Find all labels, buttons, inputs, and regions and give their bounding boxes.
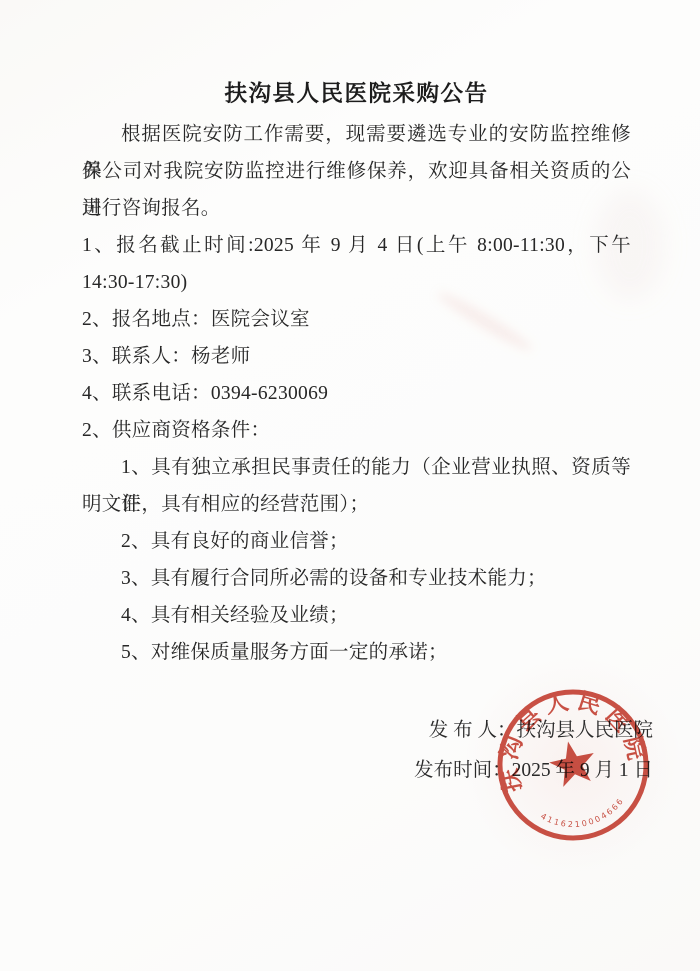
scanned-page: 扶沟县人民医院采购公告 根据医院安防工作需要，现需要遴选专业的安防监控维修保 养… (0, 0, 700, 971)
announcement-body: 扶沟县人民医院采购公告 根据医院安防工作需要，现需要遴选专业的安防监控维修保 养… (82, 72, 631, 671)
doc-line: 养公司对我院安防监控进行维修保养，欢迎具备相关资质的公司 (82, 153, 631, 190)
page-title: 扶沟县人民医院采购公告 (82, 72, 631, 116)
star-icon (546, 737, 600, 789)
doc-line: 2、具有良好的商业信誉； (82, 523, 631, 560)
doc-line: 2、供应商资格条件： (82, 412, 631, 449)
doc-line: 根据医院安防工作需要，现需要遴选专业的安防监控维修保 (82, 116, 631, 153)
doc-line: 3、联系人：杨老师 (82, 338, 631, 375)
doc-line: 4、具有相关经验及业绩； (82, 597, 631, 634)
doc-line: 1、报名截止时间:2025 年 9 月 4 日(上午 8:00-11:30，下午 (82, 227, 631, 264)
doc-line: 5、对维保质量服务方面一定的承诺； (82, 634, 631, 671)
doc-line: 4、联系电话：0394-6230069 (82, 375, 631, 412)
doc-line: 3、具有履行合同所必需的设备和专业技术能力； (82, 560, 631, 597)
doc-line: 2、报名地点：医院会议室 (82, 301, 631, 338)
doc-line: 1、具有独立承担民事责任的能力（企业营业执照、资质等证 (82, 449, 631, 486)
doc-line: 进行咨询报名。 (82, 190, 631, 227)
doc-line: 14:30-17:30) (82, 264, 631, 301)
seal-code-text: 4116210004666 (538, 794, 630, 837)
official-seal: 扶沟县人民医院 4116210004666 (483, 675, 663, 855)
doc-line: 明文件，具有相应的经营范围）； (82, 486, 631, 523)
